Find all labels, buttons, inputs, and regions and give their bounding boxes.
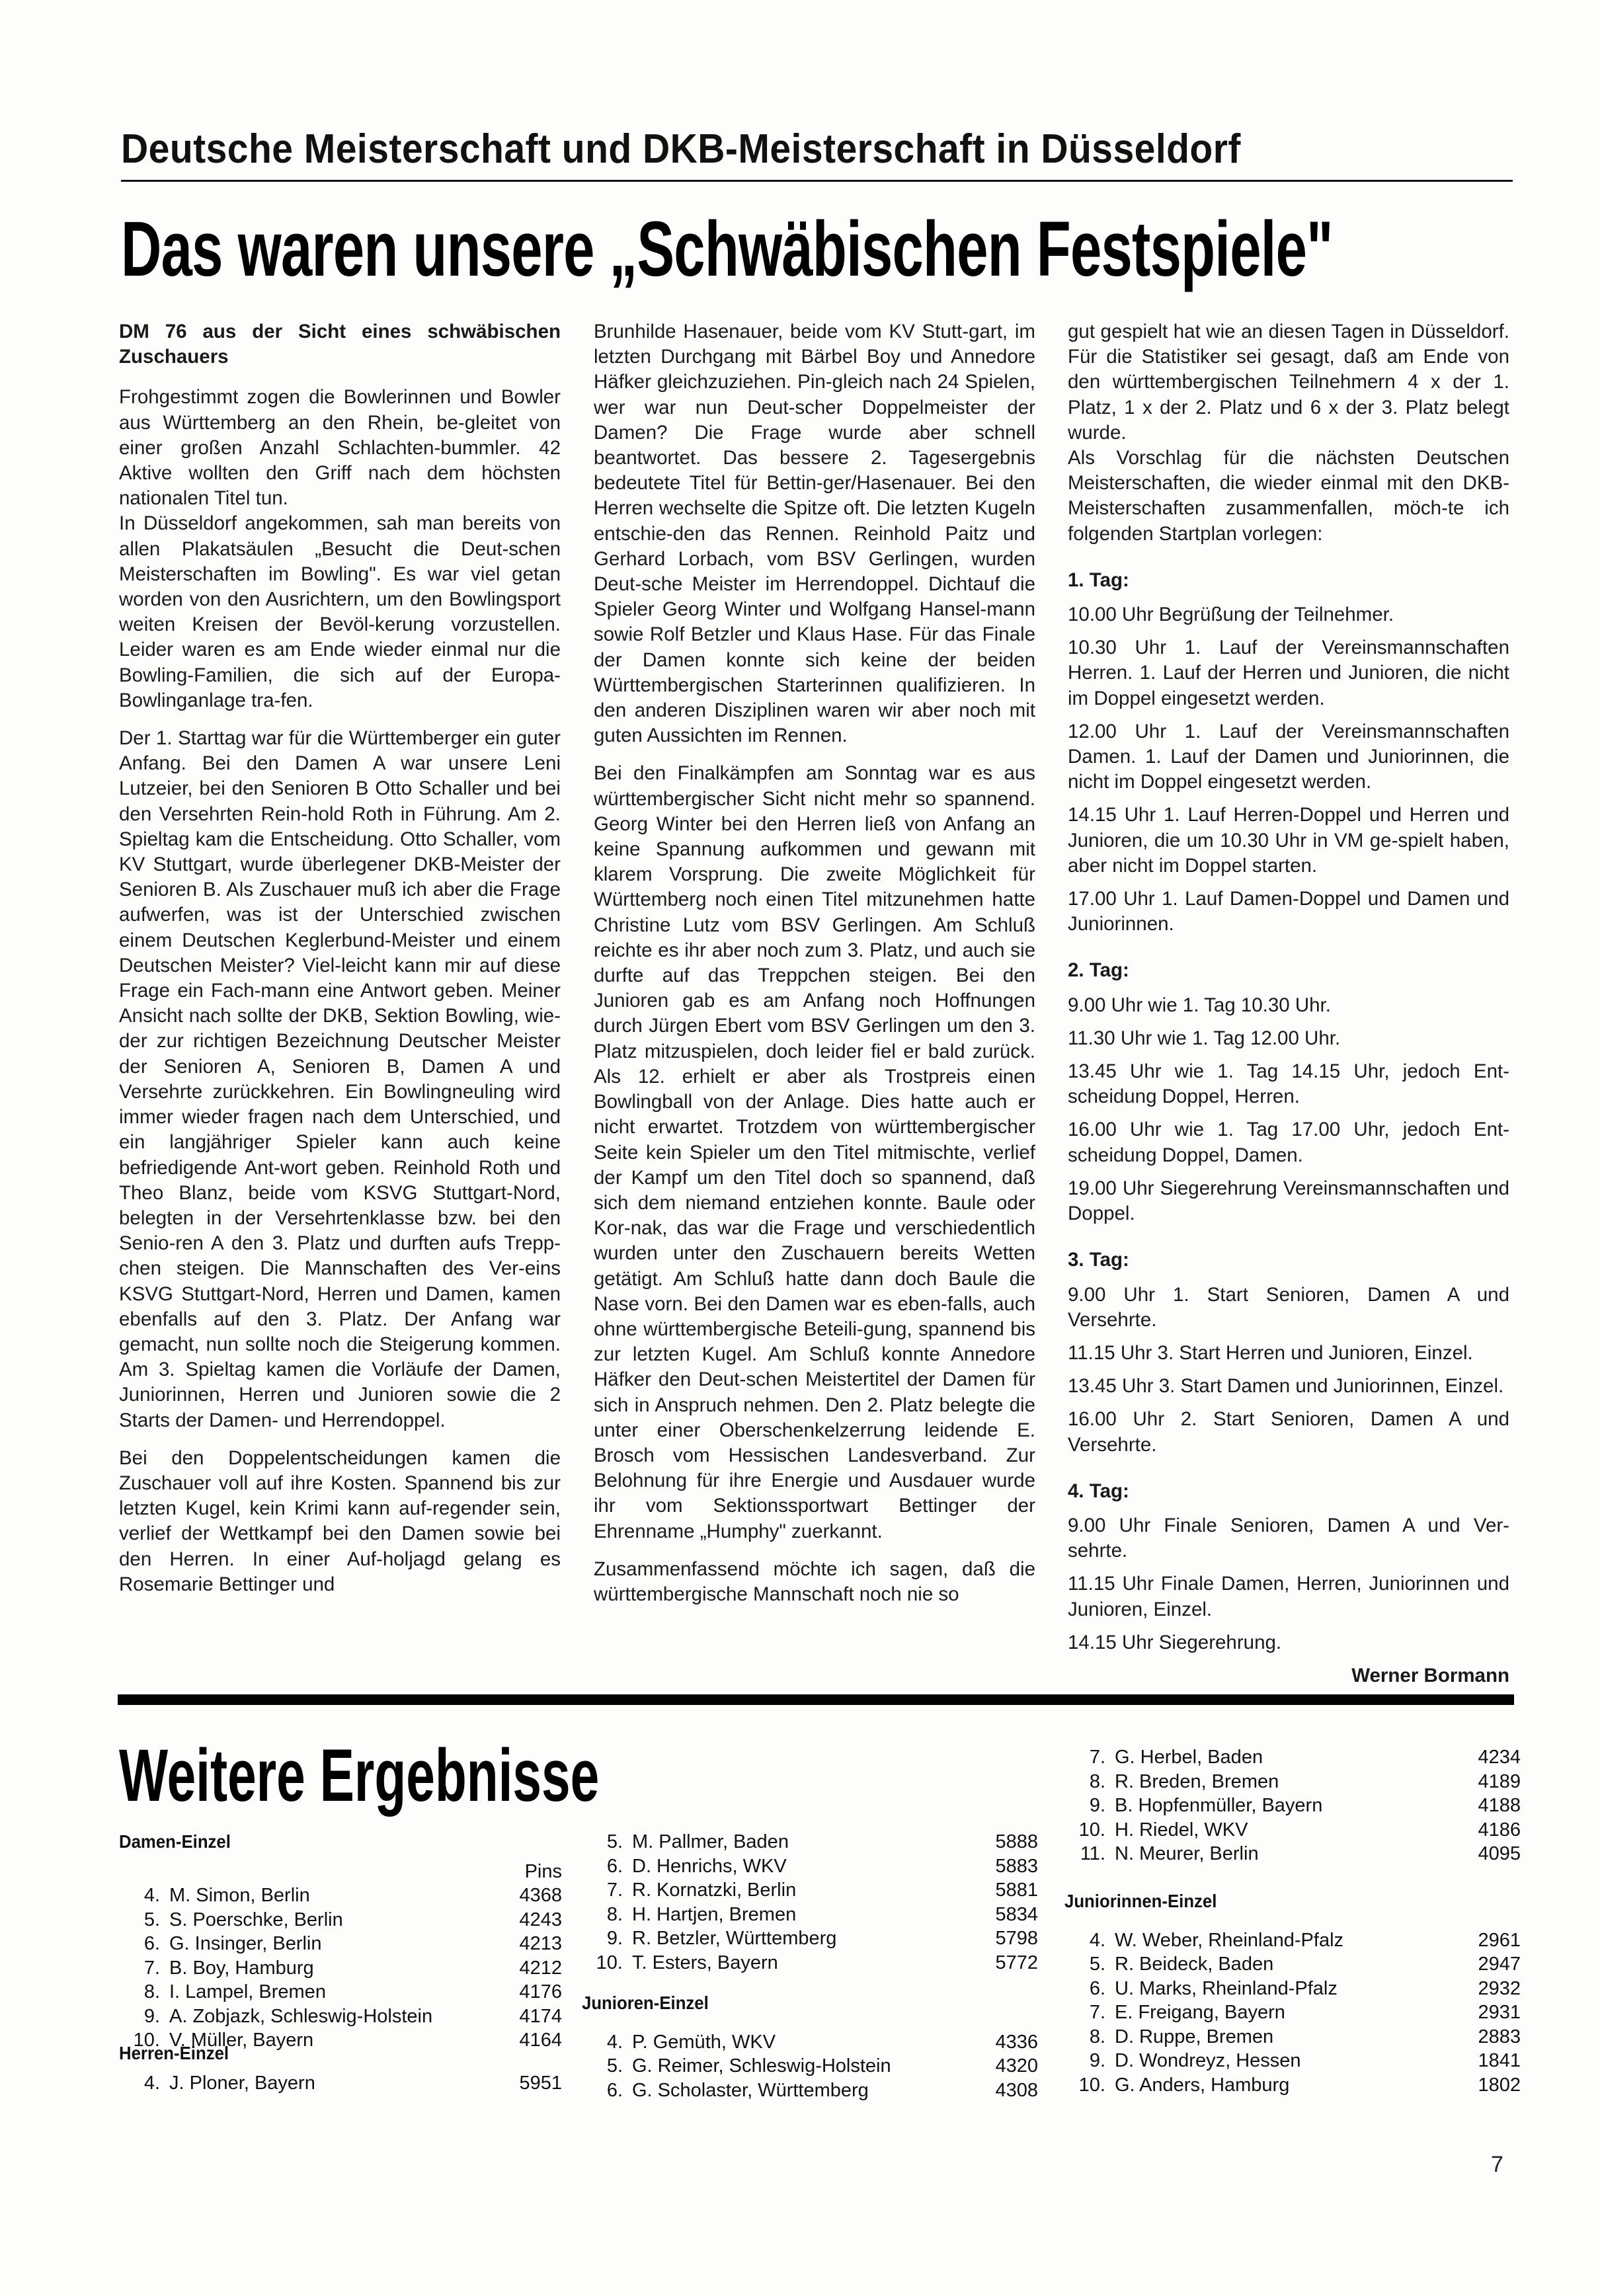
schedule-item: 13.45 Uhr 3. Start Damen und Juniorinnen… — [1068, 1374, 1509, 1399]
table-row: 8.R. Breden, Bremen4189 — [1064, 1770, 1521, 1794]
rank: 9. — [1064, 1794, 1115, 1818]
rank: 6. — [1064, 1977, 1115, 2001]
paragraph: Bei den Doppelentscheidungen kamen die Z… — [119, 1446, 561, 1597]
rank: 11. — [1064, 1842, 1115, 1866]
results-juniorinnen-einzel: Juniorinnen-Einzel 4.W. Weber, Rheinland… — [1064, 1889, 1521, 2097]
player-name: B. Boy, Hamburg — [169, 1956, 489, 1981]
schedule-item: 12.00 Uhr 1. Lauf der Vereinsmannschafte… — [1068, 719, 1509, 795]
results-column-header: Pins — [119, 1860, 562, 1884]
paragraph: Bei den Finalkämpfen am Sonntag war es a… — [594, 761, 1035, 1544]
schedule-day-heading: 2. Tag: — [1068, 958, 1509, 983]
pins-value: 5888 — [965, 1830, 1038, 1854]
pins-value: 5772 — [965, 1951, 1038, 1975]
results-title: Weitere Ergebnisse — [119, 1739, 599, 1813]
player-name: D. Henrichs, WKV — [632, 1854, 965, 1879]
table-row: 4.J. Ploner, Bayern5951 — [119, 2071, 562, 2096]
article-column-1: DM 76 aus der Sicht eines schwäbischen Z… — [119, 319, 561, 1610]
player-name: G. Herbel, Baden — [1115, 1745, 1448, 1770]
player-name: P. Gemüth, WKV — [632, 2030, 965, 2055]
article-subtitle: DM 76 aus der Sicht eines schwäbischen Z… — [119, 319, 561, 370]
schedule-day-heading: 1. Tag: — [1068, 568, 1509, 593]
player-name: D. Ruppe, Bremen — [1115, 2025, 1448, 2049]
rank: 10. — [1064, 1818, 1115, 1842]
schedule-item: 10.00 Uhr Begrüßung der Teilnehmer. — [1068, 602, 1509, 627]
table-row: 4.W. Weber, Rheinland-Pfalz2961 — [1064, 1928, 1521, 1953]
rank: 5. — [582, 1830, 632, 1854]
article-column-2: Brunhilde Hasenauer, beide vom KV Stutt-… — [594, 319, 1035, 1620]
paragraph: gut gespielt hat wie an diesen Tagen in … — [1068, 319, 1509, 446]
schedule-item: 10.30 Uhr 1. Lauf der Vereinsmannschafte… — [1068, 635, 1509, 711]
paragraph: Der 1. Starttag war für die Württemberge… — [119, 726, 561, 1433]
table-row: 6.U. Marks, Rheinland-Pfalz2932 — [1064, 1977, 1521, 2001]
table-row: 10.H. Riedel, WKV4186 — [1064, 1818, 1521, 1842]
pins-label: Pins — [489, 1860, 562, 1884]
table-row: 8.I. Lampel, Bremen4176 — [119, 1980, 562, 2004]
player-name: R. Breden, Bremen — [1115, 1770, 1448, 1794]
player-name: T. Esters, Bayern — [632, 1951, 965, 1975]
schedule-item: 9.00 Uhr 1. Start Senioren, Damen A und … — [1068, 1283, 1509, 1333]
player-name: G. Anders, Hamburg — [1115, 2073, 1448, 2098]
player-name: G. Reimer, Schleswig-Holstein — [632, 2054, 965, 2078]
pins-value: 2931 — [1448, 2000, 1521, 2025]
player-name: A. Zobjazk, Schleswig-Holstein — [169, 2004, 489, 2029]
schedule-item: 16.00 Uhr wie 1. Tag 17.00 Uhr, jedoch E… — [1068, 1117, 1509, 1168]
table-row: 6.G. Insinger, Berlin4213 — [119, 1932, 562, 1956]
player-name: S. Poerschke, Berlin — [169, 1908, 489, 1932]
main-headline: Das waren unsere „Schwäbischen Festspiel… — [121, 210, 1333, 288]
table-row: 7.E. Freigang, Bayern2931 — [1064, 2000, 1521, 2025]
pins-value: 4188 — [1448, 1794, 1521, 1818]
rank: 6. — [119, 1932, 169, 1956]
magazine-page: Deutsche Meisterschaft und DKB-Meistersc… — [0, 0, 1600, 2296]
player-name: G. Scholaster, Württemberg — [632, 2078, 965, 2103]
table-row: 6.D. Henrichs, WKV5883 — [582, 1854, 1038, 1879]
table-row: 5.G. Reimer, Schleswig-Holstein4320 — [582, 2054, 1038, 2078]
pins-value: 4234 — [1448, 1745, 1521, 1770]
table-row: 7.B. Boy, Hamburg4212 — [119, 1956, 562, 1981]
rank: 9. — [582, 1926, 632, 1951]
table-row: 10.G. Anders, Hamburg1802 — [1064, 2073, 1521, 2098]
table-row: 9.A. Zobjazk, Schleswig-Holstein4174 — [119, 2004, 562, 2029]
article-column-3: gut gespielt hat wie an diesen Tagen in … — [1068, 319, 1509, 1701]
pins-value: 4336 — [965, 2030, 1038, 2055]
pins-value: 4095 — [1448, 1842, 1521, 1866]
table-row: 8.H. Hartjen, Bremen5834 — [582, 1903, 1038, 1927]
paragraph: Brunhilde Hasenauer, beide vom KV Stutt-… — [594, 319, 1035, 748]
pins-value: 2947 — [1448, 1952, 1521, 1977]
player-name: H. Riedel, WKV — [1115, 1818, 1448, 1842]
rank: 9. — [1064, 2049, 1115, 2073]
pins-value: 4189 — [1448, 1770, 1521, 1794]
pins-value: 1841 — [1448, 2049, 1521, 2073]
table-row: 8.D. Ruppe, Bremen2883 — [1064, 2025, 1521, 2049]
schedule-day-heading: 4. Tag: — [1068, 1479, 1509, 1504]
author-signature: Werner Bormann — [1068, 1663, 1509, 1688]
pins-value: 4186 — [1448, 1818, 1521, 1842]
kicker-headline: Deutsche Meisterschaft und DKB-Meistersc… — [121, 126, 1398, 173]
pins-value: 4368 — [489, 1883, 562, 1908]
player-name: G. Insinger, Berlin — [169, 1932, 489, 1956]
section-divider — [118, 1694, 1514, 1705]
rank: 7. — [119, 1956, 169, 1981]
player-name: W. Weber, Rheinland-Pfalz — [1115, 1928, 1448, 1953]
schedule-item: 19.00 Uhr Siegerehrung Vereinsmannschaft… — [1068, 1176, 1509, 1226]
player-name: R. Kornatzki, Berlin — [632, 1878, 965, 1903]
player-name: J. Ploner, Bayern — [169, 2071, 489, 2096]
schedule-item: 11.15 Uhr Finale Damen, Herren, Juniorin… — [1068, 1571, 1509, 1622]
table-row: 7.R. Kornatzki, Berlin5881 — [582, 1878, 1038, 1903]
rank: 8. — [1064, 1770, 1115, 1794]
schedule-item: 17.00 Uhr 1. Lauf Damen-Doppel und Damen… — [1068, 887, 1509, 937]
player-name: N. Meurer, Berlin — [1115, 1842, 1448, 1866]
rank: 10. — [1064, 2073, 1115, 2098]
schedule-item: 14.15 Uhr 1. Lauf Herren-Doppel und Herr… — [1068, 803, 1509, 879]
results-herren-einzel-continued: 5.M. Pallmer, Baden5888 6.D. Henrichs, W… — [582, 1830, 1038, 1975]
rank: 6. — [582, 1854, 632, 1879]
player-name: D. Wondreyz, Hessen — [1115, 2049, 1448, 2073]
table-row: 4.M. Simon, Berlin4368 — [119, 1883, 562, 1908]
table-row: 5.S. Poerschke, Berlin4243 — [119, 1908, 562, 1932]
table-row: 9.D. Wondreyz, Hessen1841 — [1064, 2049, 1521, 2073]
paragraph: In Düsseldorf angekommen, sah man bereit… — [119, 511, 561, 713]
results-damen-einzel: Damen-Einzel Pins 4.M. Simon, Berlin4368… — [119, 1830, 562, 2053]
paragraph: Frohgestimmt zogen die Bowlerinnen und B… — [119, 385, 561, 511]
schedule-day-heading: 3. Tag: — [1068, 1247, 1509, 1273]
rank: 7. — [1064, 1745, 1115, 1770]
rank: 4. — [119, 2071, 169, 2096]
table-row: 6.G. Scholaster, Württemberg4308 — [582, 2078, 1038, 2103]
table-row: 5.M. Pallmer, Baden5888 — [582, 1830, 1038, 1854]
player-name: B. Hopfenmüller, Bayern — [1115, 1794, 1448, 1818]
rank: 10. — [582, 1951, 632, 1975]
page-number: 7 — [1491, 2152, 1503, 2178]
schedule-item: 9.00 Uhr Finale Senioren, Damen A und Ve… — [1068, 1513, 1509, 1564]
kicker-divider — [121, 180, 1513, 182]
pins-value: 4320 — [965, 2054, 1038, 2078]
pins-value: 2883 — [1448, 2025, 1521, 2049]
rank: 6. — [582, 2078, 632, 2103]
pins-value: 5881 — [965, 1878, 1038, 1903]
rank: 5. — [1064, 1952, 1115, 1977]
schedule-item: 11.15 Uhr 3. Start Herren und Junioren, … — [1068, 1341, 1509, 1366]
pins-value: 5834 — [965, 1903, 1038, 1927]
rank: 8. — [1064, 2025, 1115, 2049]
player-name: R. Beideck, Baden — [1115, 1952, 1448, 1977]
rank: 9. — [119, 2004, 169, 2029]
rank: 7. — [1064, 2000, 1115, 2025]
player-name: R. Betzler, Württemberg — [632, 1926, 965, 1951]
pins-value: 5798 — [965, 1926, 1038, 1951]
table-row: 9.B. Hopfenmüller, Bayern4188 — [1064, 1794, 1521, 1818]
table-row: 11.N. Meurer, Berlin4095 — [1064, 1842, 1521, 1866]
rank: 5. — [119, 1908, 169, 1932]
player-name: I. Lampel, Bremen — [169, 1980, 489, 2004]
results-herren-einzel: Herren-Einzel 4.J. Ploner, Bayern5951 — [119, 2041, 562, 2095]
pins-value: 4176 — [489, 1980, 562, 2004]
rank: 8. — [119, 1980, 169, 2004]
rank: 4. — [582, 2030, 632, 2055]
paragraph: Zusammenfassend möchte ich sagen, daß di… — [594, 1557, 1035, 1607]
pins-value: 1802 — [1448, 2073, 1521, 2098]
player-name: M. Simon, Berlin — [169, 1883, 489, 1908]
pins-value: 5883 — [965, 1854, 1038, 1879]
pins-value: 5951 — [489, 2071, 562, 2096]
pins-value: 4308 — [965, 2078, 1038, 2103]
pins-value: 4212 — [489, 1956, 562, 1981]
player-name: E. Freigang, Bayern — [1115, 2000, 1448, 2025]
pins-value: 4174 — [489, 2004, 562, 2029]
schedule-item: 13.45 Uhr wie 1. Tag 14.15 Uhr, jedoch E… — [1068, 1059, 1509, 1109]
rank: 8. — [582, 1903, 632, 1927]
schedule-item: 11.30 Uhr wie 1. Tag 12.00 Uhr. — [1068, 1026, 1509, 1051]
rank: 4. — [119, 1883, 169, 1908]
schedule-item: 9.00 Uhr wie 1. Tag 10.30 Uhr. — [1068, 993, 1509, 1018]
player-name: H. Hartjen, Bremen — [632, 1903, 965, 1927]
rank: 7. — [582, 1878, 632, 1903]
results-heading: Juniorinnen-Einzel — [1064, 1889, 1484, 1914]
player-name: M. Pallmer, Baden — [632, 1830, 965, 1854]
table-row: 9.R. Betzler, Württemberg5798 — [582, 1926, 1038, 1951]
table-row: 10.T. Esters, Bayern5772 — [582, 1951, 1038, 1975]
table-row: 4.P. Gemüth, WKV4336 — [582, 2030, 1038, 2055]
results-heading: Damen-Einzel — [119, 1830, 526, 1854]
rank: 5. — [582, 2054, 632, 2078]
table-row: 7.G. Herbel, Baden4234 — [1064, 1745, 1521, 1770]
results-junioren-einzel: Junioren-Einzel 4.P. Gemüth, WKV4336 5.G… — [582, 1991, 1038, 2102]
results-junioren-einzel-continued: 7.G. Herbel, Baden4234 8.R. Breden, Brem… — [1064, 1745, 1521, 1866]
results-heading: Junioren-Einzel — [582, 1991, 1002, 2016]
pins-value: 4213 — [489, 1932, 562, 1956]
table-row: 5.R. Beideck, Baden2947 — [1064, 1952, 1521, 1977]
pins-value: 4243 — [489, 1908, 562, 1932]
paragraph: Als Vorschlag für die nächsten Deutschen… — [1068, 446, 1509, 547]
pins-value: 2932 — [1448, 1977, 1521, 2001]
results-heading: Herren-Einzel — [119, 2041, 526, 2066]
pins-value: 2961 — [1448, 1928, 1521, 1953]
player-name: U. Marks, Rheinland-Pfalz — [1115, 1977, 1448, 2001]
schedule-item: 16.00 Uhr 2. Start Senioren, Damen A und… — [1068, 1407, 1509, 1457]
rank: 4. — [1064, 1928, 1115, 1953]
schedule-item: 14.15 Uhr Siegerehrung. — [1068, 1630, 1509, 1655]
